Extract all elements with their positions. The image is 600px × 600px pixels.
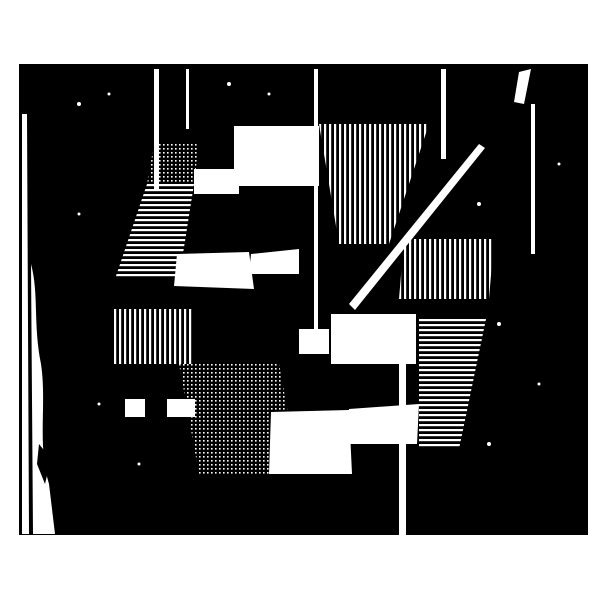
abstract-artwork — [19, 64, 588, 535]
